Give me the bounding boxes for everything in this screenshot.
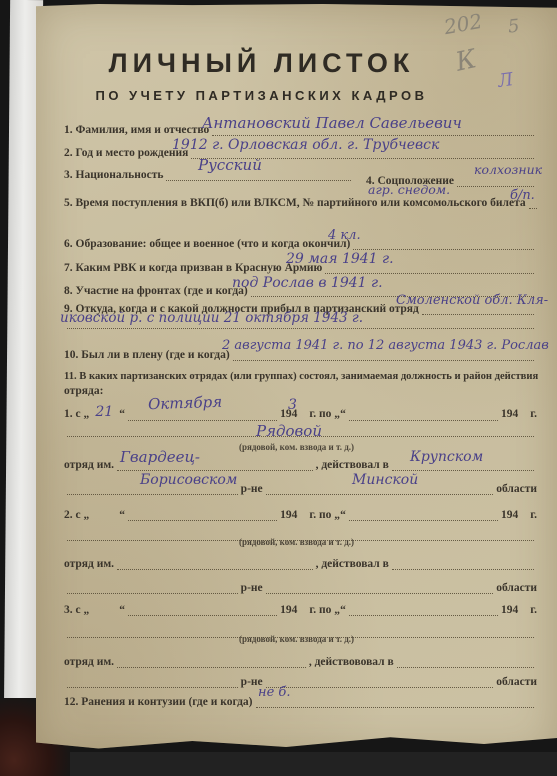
region-label-2: области xyxy=(496,581,537,595)
form-subtitle: ПО УЧЕТУ ПАРТИЗАНСКИХ КАДРОВ xyxy=(36,88,487,103)
dotted-line xyxy=(349,519,498,521)
row1-prefix: 1. с „ xyxy=(64,407,89,421)
row3-prefix: 3. с „ xyxy=(64,603,89,617)
row2-prefix: 2. с „ xyxy=(64,508,89,522)
handwritten-region: Минской xyxy=(352,472,418,488)
item-10-label: 10. Был ли в плену (где и когда) xyxy=(64,348,230,362)
item-1-label: 1. Фамилия, имя и отчество xyxy=(64,123,209,137)
row2-g: г. xyxy=(530,508,537,522)
dotted-line xyxy=(266,592,494,594)
handwritten-arrival-1: Смоленской обл. Кля- xyxy=(396,293,548,308)
dotted-line xyxy=(67,493,238,495)
item-6-label: 6. Образование: общее и военное (что и к… xyxy=(64,237,350,251)
handwritten-day: 21 xyxy=(95,404,113,420)
form-item-5: 5. Время поступления в ВКП(б) или ВЛКСМ,… xyxy=(64,196,537,210)
item-7-label: 7. Каким РВК и когда призван в Красную А… xyxy=(64,261,322,275)
handwritten-draft-date: 29 мая 1941 г. xyxy=(286,251,394,267)
region-label-3: области xyxy=(496,675,537,689)
district-line-3: р-не области xyxy=(64,675,537,689)
dotted-line xyxy=(397,666,534,668)
district-line-2: р-не области xyxy=(64,581,537,595)
form-item-12: 12. Ранения и контузии (где и когда) xyxy=(64,695,537,709)
dotted-line xyxy=(166,179,351,181)
scanner-background-strip xyxy=(0,752,557,776)
item-3-label: 3. Национальность xyxy=(64,168,163,182)
row3-year2: 194 xyxy=(501,603,518,617)
service-row-2-dates: 2. с „ “ 194 г. по „ “ 194 г. xyxy=(64,508,537,522)
form-item-11: 11. В каких партизанских отрядах (или гр… xyxy=(64,370,537,383)
row1-quote2: “ xyxy=(340,407,346,421)
position-caption-2: (рядовой, ком. взвода и т. д.) xyxy=(36,537,557,547)
dotted-line xyxy=(233,359,534,361)
handwritten-wounds: не б. xyxy=(258,685,290,700)
dotted-line xyxy=(266,686,494,688)
row1-g-po: г. по „ xyxy=(309,407,340,421)
row3-year1: 194 xyxy=(280,603,297,617)
handwritten-education: 4 кл. xyxy=(328,228,361,243)
row3-quote: “ xyxy=(119,603,125,617)
handwritten-acted-in: Крупском xyxy=(410,449,483,465)
unit-line-2: отряд им. , действовал в xyxy=(64,557,537,571)
row3-quote2: “ xyxy=(340,603,346,617)
unit-label-3: отряд им. xyxy=(64,655,114,669)
row1-g: г. xyxy=(530,407,537,421)
handwritten-front-service: под Рослав в 1941 г. xyxy=(232,275,383,291)
service-row-3-dates: 3. с „ “ 194 г. по „ “ 194 г. xyxy=(64,603,537,617)
row3-g: г. xyxy=(530,603,537,617)
row2-quote2: “ xyxy=(340,508,346,522)
unit-line-3: отряд им. , действововал в xyxy=(64,655,537,669)
dotted-line xyxy=(117,568,313,570)
row2-year2: 194 xyxy=(501,508,518,522)
form-item-11-line2: отряда: xyxy=(64,384,537,398)
dotted-line xyxy=(266,493,494,495)
form-title: ЛИЧНЫЙ ЛИСТОК xyxy=(36,48,487,79)
district-label-2: р-не xyxy=(241,581,263,595)
handwritten-district: Борисовском xyxy=(140,472,237,488)
unit-label-1: отряд им. xyxy=(64,458,114,472)
archive-page-number-small: 5 xyxy=(507,15,521,37)
dotted-line xyxy=(128,519,277,521)
acted-label-1: , действовал в xyxy=(316,458,389,472)
item-5-label: 5. Время поступления в ВКП(б) или ВЛКСМ,… xyxy=(64,196,526,210)
row2-year1: 194 xyxy=(280,508,297,522)
district-line-1: р-не области xyxy=(64,482,537,496)
handwritten-party-status: б/п. xyxy=(510,188,535,203)
handwritten-social-position: колхозник xyxy=(474,162,542,177)
dotted-line xyxy=(128,419,277,421)
item-12-label: 12. Ранения и контузии (где и когда) xyxy=(64,695,253,709)
dotted-line xyxy=(392,568,534,570)
dotted-line xyxy=(117,666,306,668)
archive-page-number: 202 xyxy=(442,9,484,39)
item-2-label: 2. Год и место рождения xyxy=(64,146,188,160)
handwritten-arrival-2: иковской р. с полиции 21 октября 1943 г. xyxy=(60,310,363,326)
region-label-1: области xyxy=(496,482,537,496)
item-8-label: 8. Участие на фронтах (где и когда) xyxy=(64,284,248,298)
dotted-line xyxy=(349,419,498,421)
dotted-line xyxy=(256,706,535,708)
dotted-line xyxy=(128,614,277,616)
handwritten-month: Октября xyxy=(148,393,223,414)
dotted-line xyxy=(349,614,498,616)
handwritten-nationality: Русский xyxy=(198,156,262,174)
dotted-line xyxy=(67,686,238,688)
handwritten-captivity: 2 августа 1941 г. по 12 августа 1943 г. … xyxy=(222,338,549,353)
form-sheet: 202 5 К Л ЛИЧНЫЙ ЛИСТОК ПО УЧЕТУ ПАРТИЗА… xyxy=(36,4,557,756)
row1-day-slot: 21 xyxy=(89,404,119,422)
position-caption-3: (рядовой, ком. взвода и т. д.) xyxy=(36,634,557,644)
dotted-line xyxy=(67,592,238,594)
handwritten-birth: 1912 г. Орловская обл. г. Трубчевск xyxy=(172,137,439,153)
ink-letter-mark: Л xyxy=(497,69,515,92)
row3-g-po: г. по „ xyxy=(309,603,340,617)
row1-year2: 194 xyxy=(501,407,518,421)
row2-quote: “ xyxy=(119,508,125,522)
scanned-document-page: 202 5 К Л ЛИЧНЫЙ ЛИСТОК ПО УЧЕТУ ПАРТИЗА… xyxy=(0,0,557,776)
dotted-line xyxy=(529,207,537,209)
handwritten-year-digit: 3 xyxy=(288,397,297,413)
row2-g-po: г. по „ xyxy=(309,508,340,522)
handwritten-social-position-2: агр. снедом. xyxy=(368,182,450,197)
service-row-1-dates: 1. с „ 21 “ 194 г. по „ “ 194 г. xyxy=(64,404,537,422)
form-item-6: 6. Образование: общее и военное (что и к… xyxy=(64,237,537,251)
district-label-1: р-не xyxy=(241,482,263,496)
item-11-label: 11. В каких партизанских отрядах (или гр… xyxy=(64,370,538,383)
acted-label-3: , действововал в xyxy=(309,655,394,669)
row1-quote: “ xyxy=(119,407,125,421)
handwritten-full-name: Антановский Павел Савельевич xyxy=(202,114,462,132)
acted-label-2: , действовал в xyxy=(316,557,389,571)
dotted-line xyxy=(67,327,534,329)
handwritten-position: Рядовой xyxy=(256,422,322,440)
unit-label-2: отряд им. xyxy=(64,557,114,571)
item-11-label2: отряда: xyxy=(64,384,103,398)
handwritten-unit-name: Гвардеец- xyxy=(120,448,200,466)
